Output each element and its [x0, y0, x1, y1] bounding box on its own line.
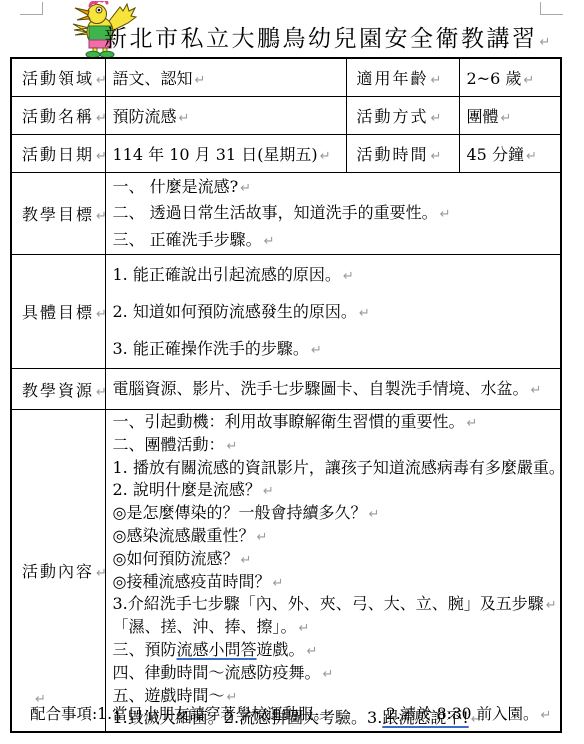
paragraph-mark-icon: ↵	[96, 111, 105, 126]
label-text: 教學資源	[22, 381, 94, 400]
paragraph-mark-icon: ↵	[227, 439, 238, 454]
cooperation-note-left: 配合事項:1.當日小朋友請穿著學校運動服。	[30, 705, 329, 723]
paragraph-mark-icon: ↵	[431, 111, 442, 126]
line-text: 一、 什麼是流感?	[113, 177, 239, 196]
label-text: 活動日期	[22, 145, 94, 164]
cell-specific-goals-content: 1. 能正確說出引起流感的原因。↵2. 知道如何預防流感發生的原因。↵3. 能正…	[105, 255, 561, 369]
label-text: 活動方式	[357, 107, 429, 126]
line-text: ◎感染流感嚴重性？	[113, 526, 255, 545]
paragraph-mark-icon: ↵	[263, 484, 274, 499]
line-text: 「濕、搓、沖、捧、擦」。	[113, 617, 297, 636]
line-text: 電腦資源、影片、洗手七步驟圖卡、自製洗手情境、水盆。	[113, 379, 529, 398]
cell-activity-name-value: 預防流感↵	[105, 96, 346, 134]
paragraph-mark-icon: ↵	[440, 207, 451, 222]
paragraph-mark-icon: ↵	[546, 598, 557, 613]
cell-applicable-age-value: 2~6 歲↵	[459, 58, 561, 96]
label-text: 教學目標	[22, 205, 94, 224]
line-text: 三、 正確洗手步驟。	[113, 230, 262, 249]
line-text: 3.介紹洗手七步驟「內、外、夾、弓、大、立、腕」及五步驟	[113, 594, 544, 613]
cell-teaching-resources-content: 電腦資源、影片、洗手七步驟圖卡、自製洗手情境、水盆。↵	[105, 369, 561, 410]
cell-activity-content-label: 活動內容↵	[11, 410, 105, 733]
cell-activity-date-value: 114 年 10 月 31 日(星期五)↵	[105, 134, 346, 172]
table-row: 活動內容↵ 一、引起動機：利用故事瞭解衛生習慣的重要性。↵二、團體活動：↵1. …	[11, 410, 561, 733]
cell-activity-domain-value: 語文、認知↵	[105, 58, 346, 96]
page-title: 新北市私立大鵬鳥幼兒園安全衛教講習	[104, 26, 538, 52]
line-text: 1. 播放有關流感的資訊影片，讓孩子知道流感病毒有多麼嚴重。	[113, 458, 562, 477]
paragraph-mark-icon: ↵	[307, 644, 318, 659]
cell-activity-time-label: 活動時間↵	[346, 134, 459, 172]
paragraph-mark-icon: ↵	[240, 553, 251, 568]
cell-teaching-goals-label: 教學目標↵	[11, 172, 105, 255]
paragraph-mark-icon: ↵	[531, 383, 542, 398]
content-line: ◎感染流感嚴重性？↵	[113, 526, 561, 549]
value-text: 預防流感	[113, 107, 177, 126]
paragraph-mark-icon: ↵	[96, 73, 105, 88]
content-line: ◎是怎麼傳染的？一般會持續多久？↵	[113, 503, 561, 526]
label-text: 活動名稱	[22, 107, 94, 126]
paragraph-mark-icon: ↵	[431, 73, 442, 88]
value-text: 2~6 歲	[467, 69, 522, 88]
paragraph-mark-icon: ↵	[359, 306, 370, 321]
content-line: 2. 說明什麼是流感？↵	[113, 480, 561, 503]
table-row: 活動領域↵ 語文、認知↵ 適用年齡↵ 2~6 歲↵	[11, 58, 561, 96]
line-text: 1. 能正確說出引起流感的原因。	[113, 265, 341, 284]
cell-activity-time-value: 45 分鐘↵	[459, 134, 561, 172]
label-text: 具體目標	[22, 303, 94, 322]
content-line: 一、引起動機：利用故事瞭解衛生習慣的重要性。↵	[113, 412, 561, 435]
content-line: 電腦資源、影片、洗手七步驟圖卡、自製洗手情境、水盆。↵	[113, 371, 561, 409]
paragraph-mark-icon: ↵	[320, 149, 331, 164]
cell-activity-method-label: 活動方式↵	[346, 96, 459, 134]
content-line: ◎接種流感疫苗時間？↵	[113, 572, 561, 595]
content-line: ◎如何預防流感？↵	[113, 549, 561, 572]
label-text: 活動內容	[22, 562, 94, 581]
paragraph-mark-icon: ↵	[96, 307, 105, 322]
paragraph-mark-icon: ↵	[343, 269, 354, 284]
line-text: 2. 說明什麼是流感？	[113, 480, 261, 499]
content-line: 一、 什麼是流感?↵	[113, 175, 561, 202]
paragraph-mark-icon: ↵	[368, 507, 379, 522]
line-text: ◎如何預防流感？	[113, 549, 239, 568]
cell-activity-name-label: 活動名稱↵	[11, 96, 105, 134]
paragraph-mark-icon: ↵	[179, 111, 190, 126]
cooperation-note-right: 2.請於 8:30 前入園。	[386, 705, 538, 723]
content-line: 1. 能正確說出引起流感的原因。↵	[113, 257, 561, 294]
paragraph-mark-icon: ↵	[264, 234, 275, 249]
lesson-plan-table: 活動領域↵ 語文、認知↵ 適用年齡↵ 2~6 歲↵ 活動名稱↵ 預防流感↵ 活動…	[10, 57, 562, 733]
label-text: 活動領域	[22, 69, 94, 88]
page-title-row: 新北市私立大鵬鳥幼兒園安全衛教講習↵	[104, 20, 550, 53]
table-row: 活動日期↵ 114 年 10 月 31 日(星期五)↵ 活動時間↵ 45 分鐘↵	[11, 134, 561, 172]
value-text: 團體	[467, 107, 499, 126]
line-text: 遊戲。	[257, 640, 305, 659]
paragraph-mark-icon: ↵	[540, 35, 551, 50]
paragraph-mark-icon: ↵	[467, 416, 478, 431]
cell-specific-goals-label: 具體目標↵	[11, 255, 105, 369]
paragraph-mark-icon: ↵	[540, 708, 551, 723]
content-line: 四、律動時間～流感防疫舞。↵	[113, 663, 561, 686]
paragraph-mark-icon: ↵	[96, 209, 105, 224]
label-text: 適用年齡	[357, 69, 429, 88]
cell-teaching-goals-content: 一、 什麼是流感?↵二、 透過日常生活故事，知道洗手的重要性。↵三、 正確洗手步…	[105, 172, 561, 255]
cooperation-note: 配合事項:1.當日小朋友請穿著學校運動服。2.請於 8:30 前入園。↵	[30, 702, 551, 724]
content-line: 「濕、搓、沖、捧、擦」。↵	[113, 617, 561, 640]
paragraph-mark-icon: ↵	[96, 149, 105, 164]
paragraph-mark-icon: ↵	[501, 111, 512, 126]
table-row: 具體目標↵ 1. 能正確說出引起流感的原因。↵2. 知道如何預防流感發生的原因。…	[11, 255, 561, 369]
content-line: 二、 透過日常生活故事，知道洗手的重要性。↵	[113, 201, 561, 228]
text-boundary-corner-left	[20, 2, 43, 15]
paragraph-mark-icon: ↵	[526, 149, 537, 164]
line-text: 2. 知道如何預防流感發生的原因。	[113, 302, 357, 321]
line-text: ◎是怎麼傳染的？一般會持續多久？	[113, 503, 367, 522]
cell-activity-method-value: 團體↵	[459, 96, 561, 134]
value-text: 語文、認知	[113, 69, 193, 88]
value-text: 114 年 10 月 31 日(星期五)	[113, 145, 318, 164]
underlined-link-text[interactable]: 流感小問答	[177, 640, 257, 659]
cell-activity-domain-label: 活動領域↵	[11, 58, 105, 96]
content-line: 二、團體活動：↵	[113, 435, 561, 458]
text-boundary-corner-right	[540, 2, 563, 15]
value-text: 45 分鐘	[467, 145, 524, 164]
line-text: 二、 透過日常生活故事，知道洗手的重要性。	[113, 203, 438, 222]
cell-activity-date-label: 活動日期↵	[11, 134, 105, 172]
paragraph-mark-icon: ↵	[431, 149, 442, 164]
line-text: ◎接種流感疫苗時間？	[113, 572, 271, 591]
paragraph-mark-icon: ↵	[323, 667, 334, 682]
content-line: 3. 能正確操作洗手的步驟。↵	[113, 331, 561, 368]
content-line: 1. 播放有關流感的資訊影片，讓孩子知道流感病毒有多麼嚴重。↵	[113, 458, 561, 481]
paragraph-mark-icon: ↵	[272, 576, 283, 591]
line-text: 3. 能正確操作洗手的步驟。	[113, 339, 309, 358]
paragraph-mark-icon: ↵	[96, 566, 105, 581]
line-text: 二、團體活動：	[113, 435, 225, 454]
content-line: 三、預防流感小問答遊戲。↵	[113, 640, 561, 663]
content-line: 3.介紹洗手七步驟「內、外、夾、弓、大、立、腕」及五步驟↵	[113, 594, 561, 617]
table-row: 教學資源↵ 電腦資源、影片、洗手七步驟圖卡、自製洗手情境、水盆。↵	[11, 369, 561, 410]
content-line: 2. 知道如何預防流感發生的原因。↵	[113, 294, 561, 331]
line-text: 三、預防	[113, 640, 177, 659]
paragraph-mark-icon: ↵	[195, 73, 206, 88]
paragraph-mark-icon: ↵	[311, 343, 322, 358]
cell-applicable-age-label: 適用年齡↵	[346, 58, 459, 96]
cell-activity-content-content: 一、引起動機：利用故事瞭解衛生習慣的重要性。↵二、團體活動：↵1. 播放有關流感…	[105, 410, 561, 733]
label-text: 活動時間	[357, 145, 429, 164]
line-text: 四、律動時間～流感防疫舞。	[113, 663, 321, 682]
content-line: 三、 正確洗手步驟。↵	[113, 228, 561, 255]
table-row: 教學目標↵ 一、 什麼是流感?↵二、 透過日常生活故事，知道洗手的重要性。↵三、…	[11, 172, 561, 255]
cell-teaching-resources-label: 教學資源↵	[11, 369, 105, 410]
paragraph-mark-icon: ↵	[299, 621, 310, 636]
table-row: 活動名稱↵ 預防流感↵ 活動方式↵ 團體↵	[11, 96, 561, 134]
document-page: 新北市私立大鵬鳥幼兒園安全衛教講習↵ 活動領域↵ 語文、認知↵ 適用年齡↵ 2~…	[0, 0, 584, 744]
paragraph-mark-icon: ↵	[523, 73, 534, 88]
line-text: 一、引起動機：利用故事瞭解衛生習慣的重要性。	[113, 412, 465, 431]
paragraph-mark-icon: ↵	[96, 385, 105, 400]
paragraph-mark-icon: ↵	[256, 530, 267, 545]
paragraph-mark-icon: ↵	[240, 181, 251, 196]
